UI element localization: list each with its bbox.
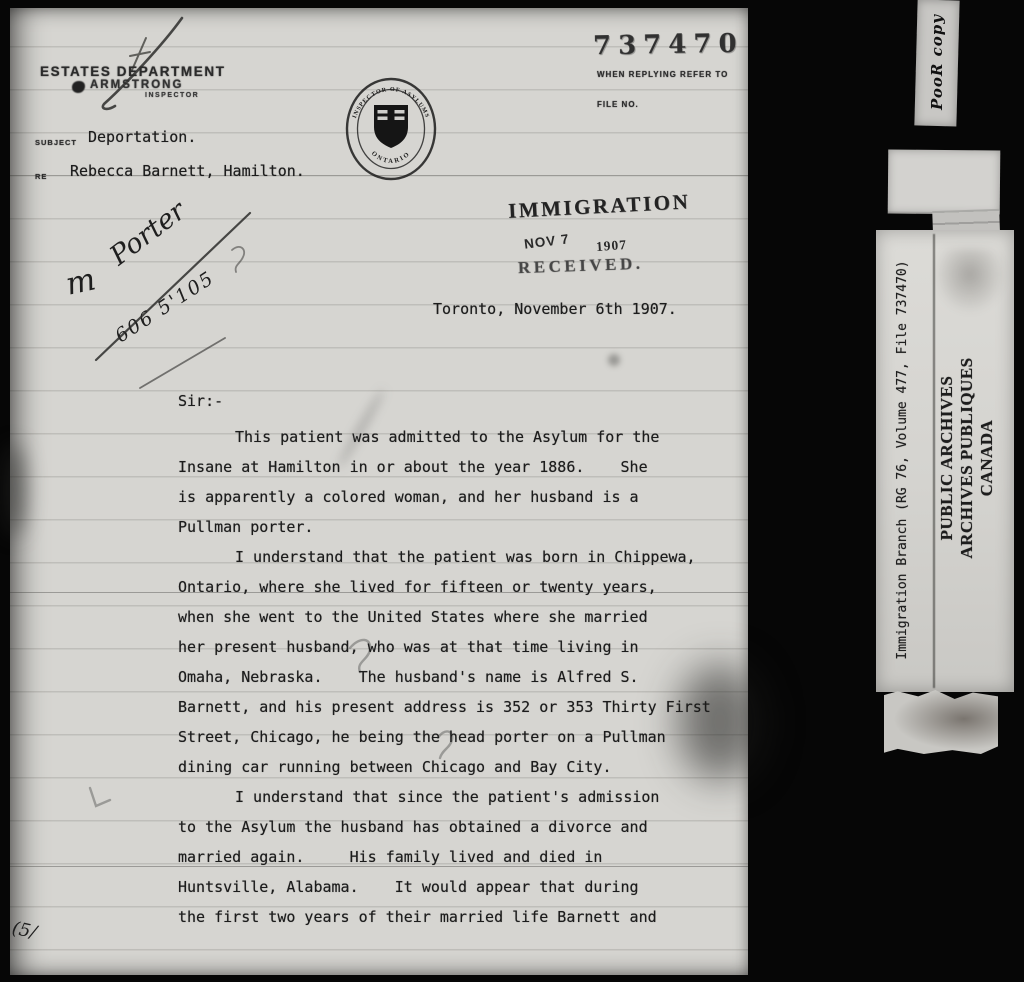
archive-reference: Immigration Branch (RG 76, Volume 477, F… bbox=[895, 245, 911, 675]
institution-line: CANADA bbox=[977, 328, 997, 588]
scanned-document-view: ESTATES DEPARTMENT ARMSTRONG INSPECTOR S… bbox=[0, 0, 1024, 982]
typed-line: Huntsville, Alabama. It would appear tha… bbox=[178, 872, 711, 902]
poor-copy-note: PooR copy bbox=[927, 2, 947, 122]
typed-line: Street, Chicago, he being the head porte… bbox=[178, 722, 711, 752]
typed-line: This patient was admitted to the Asylum … bbox=[178, 422, 711, 452]
card-shadow bbox=[934, 248, 1006, 314]
torn-paper-texture bbox=[884, 690, 998, 754]
typed-line: when she went to the United States where… bbox=[178, 602, 711, 632]
letter-page: ESTATES DEPARTMENT ARMSTRONG INSPECTOR S… bbox=[10, 8, 748, 975]
typed-line: Pullman porter. bbox=[178, 512, 711, 542]
smudge-spot bbox=[4, 444, 26, 536]
typed-line: I understand that the patient was born i… bbox=[178, 542, 711, 572]
card-fold-crease bbox=[933, 234, 935, 688]
typed-line: married again. His family lived and died… bbox=[178, 842, 711, 872]
archive-institution: PUBLIC ARCHIVES ARCHIVES PUBLIQUES CANAD… bbox=[937, 328, 999, 588]
institution-line: PUBLIC ARCHIVES bbox=[937, 328, 957, 588]
typed-line: is apparently a colored woman, and her h… bbox=[178, 482, 711, 512]
typed-line: her present husband, who was at that tim… bbox=[178, 632, 711, 662]
check-mark-stroke bbox=[103, 18, 182, 109]
typed-line: dining car running between Chicago and B… bbox=[178, 752, 711, 782]
typed-line: Barnett, and his present address is 352 … bbox=[178, 692, 711, 722]
slash-stroke bbox=[96, 213, 250, 360]
torn-paper-patch bbox=[884, 690, 998, 754]
typed-line: I understand that since the patient's ad… bbox=[178, 782, 711, 812]
institution-line: ARCHIVES PUBLIQUES bbox=[957, 328, 977, 588]
smudge-spot bbox=[608, 354, 620, 366]
typed-line: Sir:- bbox=[178, 386, 711, 416]
typed-line: the first two years of their married lif… bbox=[178, 902, 711, 932]
smudge-spot bbox=[678, 664, 762, 780]
typed-line: Omaha, Nebraska. The husband's name is A… bbox=[178, 662, 711, 692]
typed-line: to the Asylum the husband has obtained a… bbox=[178, 812, 711, 842]
typed-line: Insane at Hamilton in or about the year … bbox=[178, 452, 711, 482]
blank-slip bbox=[888, 150, 1001, 215]
typed-line: Ontario, where she lived for fifteen or … bbox=[178, 572, 711, 602]
letter-body: Sir:- This patient was admitted to the A… bbox=[178, 386, 711, 932]
